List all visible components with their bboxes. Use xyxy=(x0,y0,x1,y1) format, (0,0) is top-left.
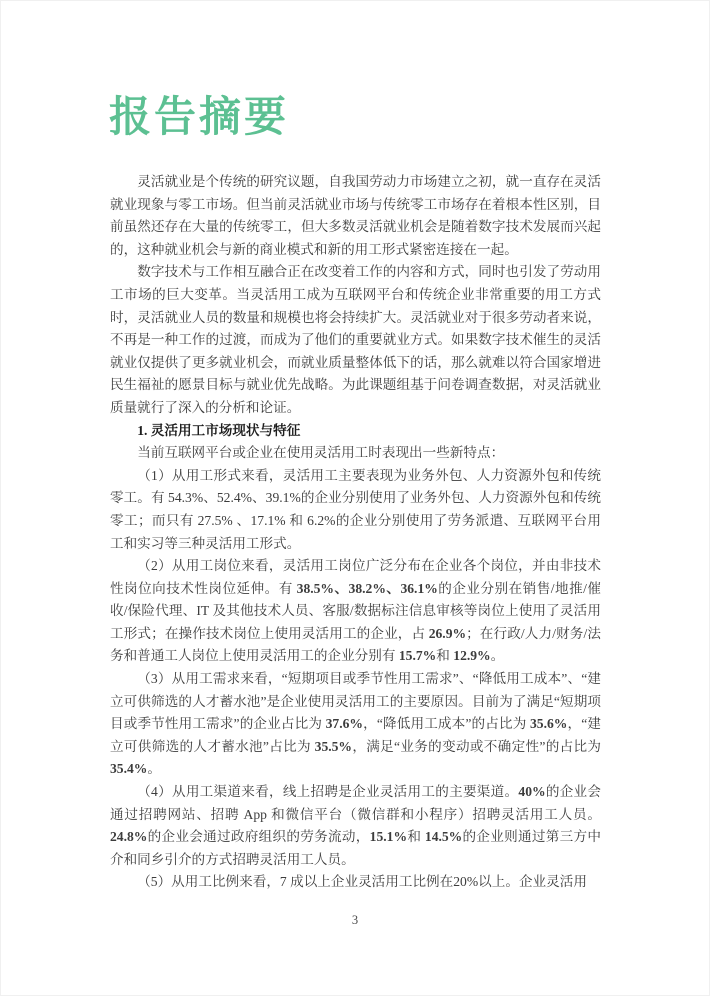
statistic-value: 26.9% xyxy=(429,626,466,641)
statistic-value: 35.6% xyxy=(530,716,567,731)
statistic-value: 35.5% xyxy=(315,739,352,754)
paragraph: 当前互联网平台或企业在使用灵活用工时表现出一些新特点： xyxy=(110,442,601,465)
paragraph: （4）从用工渠道来看，线上招聘是企业灵活用工的主要渠道。40%的企业会通过招聘网… xyxy=(110,781,601,871)
text-run: 灵活就业是个传统的研究议题，自我国劳动力市场建立之初，就一直存在灵活就业现象与零… xyxy=(110,174,601,257)
report-page: 报告摘要 灵活就业是个传统的研究议题，自我国劳动力市场建立之初，就一直存在灵活就… xyxy=(0,0,710,996)
paragraph: （2）从用工岗位来看，灵活用工岗位广泛分布在企业各个岗位，并由非技术性岗位向技术… xyxy=(110,555,601,668)
statistic-value: 12.9% xyxy=(453,648,490,663)
section-heading: 1. 灵活用工市场现状与特征 xyxy=(110,420,601,443)
statistic-value: 40% xyxy=(518,784,545,799)
text-run: 的企业会通过政府组织的劳务流动， xyxy=(147,829,369,844)
text-run: 和 xyxy=(407,829,425,844)
text-run: ，满足“业务的变动或不确定性”的占比为 xyxy=(352,739,601,754)
statistic-value: 24.8% xyxy=(110,829,147,844)
text-run: ，“降低用工成本”的占比为 xyxy=(363,716,530,731)
text-run: （1）从用工形式来看，灵活用工主要表现为业务外包、人力资源外包和传统零工。有 5… xyxy=(110,468,601,551)
text-run: 数字技术与工作相互融合正在改变着工作的内容和方式，同时也引发了劳动用工市场的巨大… xyxy=(110,264,601,415)
text-run: 当前互联网平台或企业在使用灵活用工时表现出一些新特点： xyxy=(137,445,504,460)
text-run: （5）从用工比例来看，7 成以上企业灵活用工比例在20%以上。企业灵活用 xyxy=(137,874,587,889)
statistic-value: 14.5% xyxy=(425,829,462,844)
paragraph: （3）从用工需求来看，“短期项目或季节性用工需求”、“降低用工成本”、“建立可供… xyxy=(110,668,601,781)
paragraph: 灵活就业是个传统的研究议题，自我国劳动力市场建立之初，就一直存在灵活就业现象与零… xyxy=(110,171,601,261)
statistic-value: 15.7% xyxy=(399,648,436,663)
statistic-value: 35.4% xyxy=(110,761,147,776)
page-number: 3 xyxy=(0,913,710,928)
body-text: 灵活就业是个传统的研究议题，自我国劳动力市场建立之初，就一直存在灵活就业现象与零… xyxy=(110,171,601,894)
text-run: 。 xyxy=(491,648,505,663)
statistic-value: 38.5%、38.2%、36.1% xyxy=(297,581,438,596)
paragraph: 数字技术与工作相互融合正在改变着工作的内容和方式，同时也引发了劳动用工市场的巨大… xyxy=(110,261,601,419)
page-title: 报告摘要 xyxy=(109,88,289,146)
text-run: 。 xyxy=(147,761,161,776)
text-run: 和 xyxy=(436,648,453,663)
text-run: （4）从用工渠道来看，线上招聘是企业灵活用工的主要渠道。 xyxy=(137,784,518,799)
statistic-value: 37.6% xyxy=(326,716,363,731)
paragraph: （1）从用工形式来看，灵活用工主要表现为业务外包、人力资源外包和传统零工。有 5… xyxy=(110,465,601,555)
paragraph: （5）从用工比例来看，7 成以上企业灵活用工比例在20%以上。企业灵活用 xyxy=(110,871,601,894)
statistic-value: 15.1% xyxy=(370,829,407,844)
text-run: 1. 灵活用工市场现状与特征 xyxy=(137,423,300,438)
